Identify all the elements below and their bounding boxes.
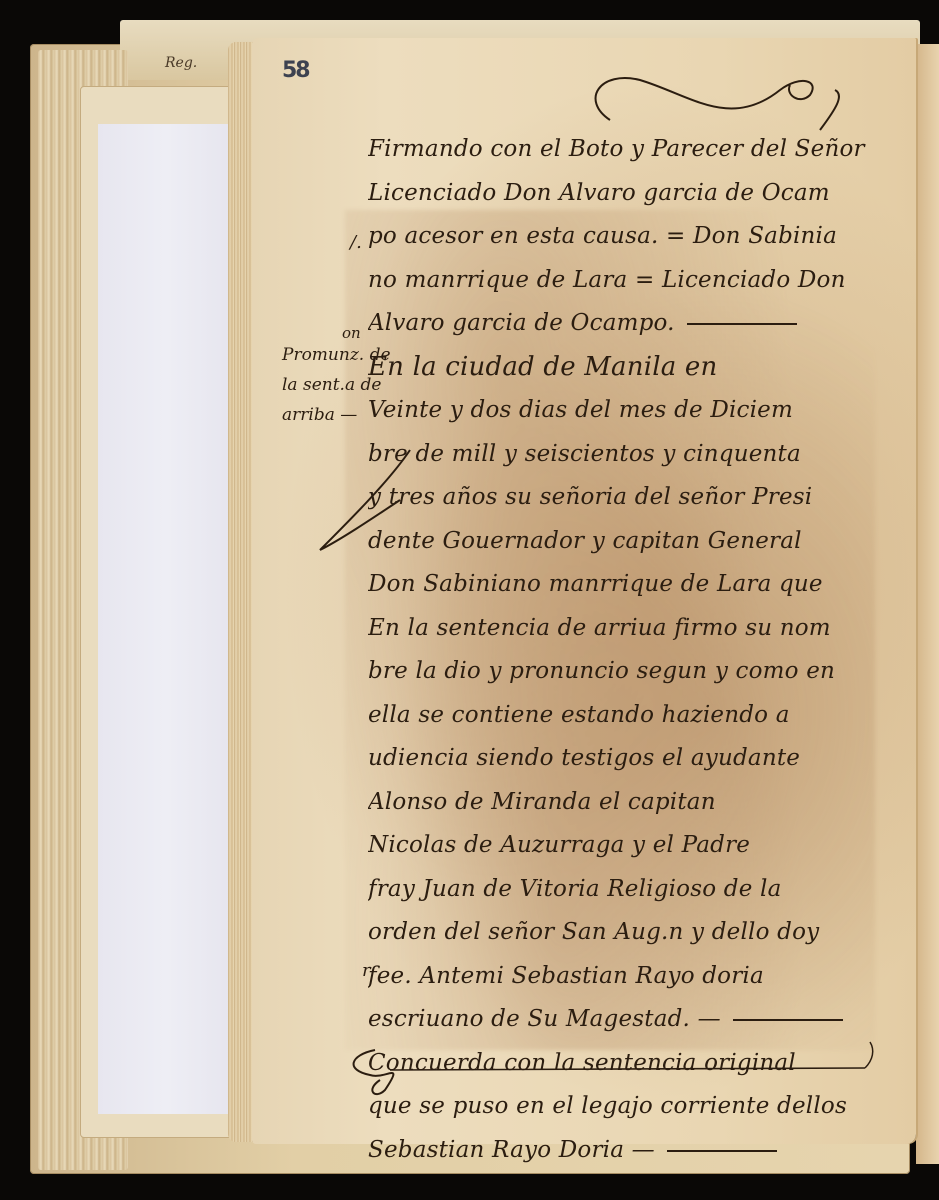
right-page-edge [916, 44, 939, 1164]
manuscript-line: no manrrique de Lara = Licenciado Don [368, 259, 888, 303]
manuscript-line: Alonso de Miranda el capitan [368, 781, 888, 825]
margin-mark: /. [350, 232, 362, 253]
manuscript-line: En la sentencia de arriua firmo su nom [368, 607, 888, 651]
folio-number: 58 [282, 58, 309, 83]
white-insert-sheet [98, 124, 234, 1114]
manuscript-line: Veinte y dos dias del mes de Diciem [368, 389, 888, 433]
manuscript-line: orden del señor San Aug.n y dello doy [368, 911, 888, 955]
manuscript-line: En la ciudad de Manila en [368, 346, 888, 390]
manuscript-line: Firmando con el Boto y Parecer del Señor [368, 128, 888, 172]
manuscript-line: fee. Antemi Sebastian Rayo doria [368, 955, 888, 999]
manuscript-line: bre de mill y seiscientos y cinquenta [368, 433, 888, 477]
manuscript-line: y tres años su señoria del señor Presi [368, 476, 888, 520]
manuscript-line: bre la dio y pronuncio segun y como en [368, 650, 888, 694]
stack-note: Reg. [165, 55, 197, 71]
manuscript-line: Licenciado Don Alvaro garcia de Ocam [368, 172, 888, 216]
manuscript-body: Firmando con el Boto y Parecer del Señor… [368, 128, 888, 1172]
margin-mark: r [362, 960, 371, 981]
manuscript-line: dente Gouernador y capitan General [368, 520, 888, 564]
manuscript-line: ella se contiene estando haziendo a [368, 694, 888, 738]
manuscript-line: udiencia siendo testigos el ayudante [368, 737, 888, 781]
signature-flourish-icon [345, 1030, 885, 1100]
manuscript-line: po acesor en esta causa. = Don Sabinia [368, 215, 888, 259]
manuscript-line: Don Sabiniano manrrique de Lara que [368, 563, 888, 607]
manuscript-line: fray Juan de Vitoria Religioso de la [368, 868, 888, 912]
manuscript-line: Nicolas de Auzurraga y el Padre [368, 824, 888, 868]
manuscript-line: Alvaro garcia de Ocampo. [368, 302, 888, 346]
manuscript-line: Sebastian Rayo Doria — [368, 1129, 888, 1173]
